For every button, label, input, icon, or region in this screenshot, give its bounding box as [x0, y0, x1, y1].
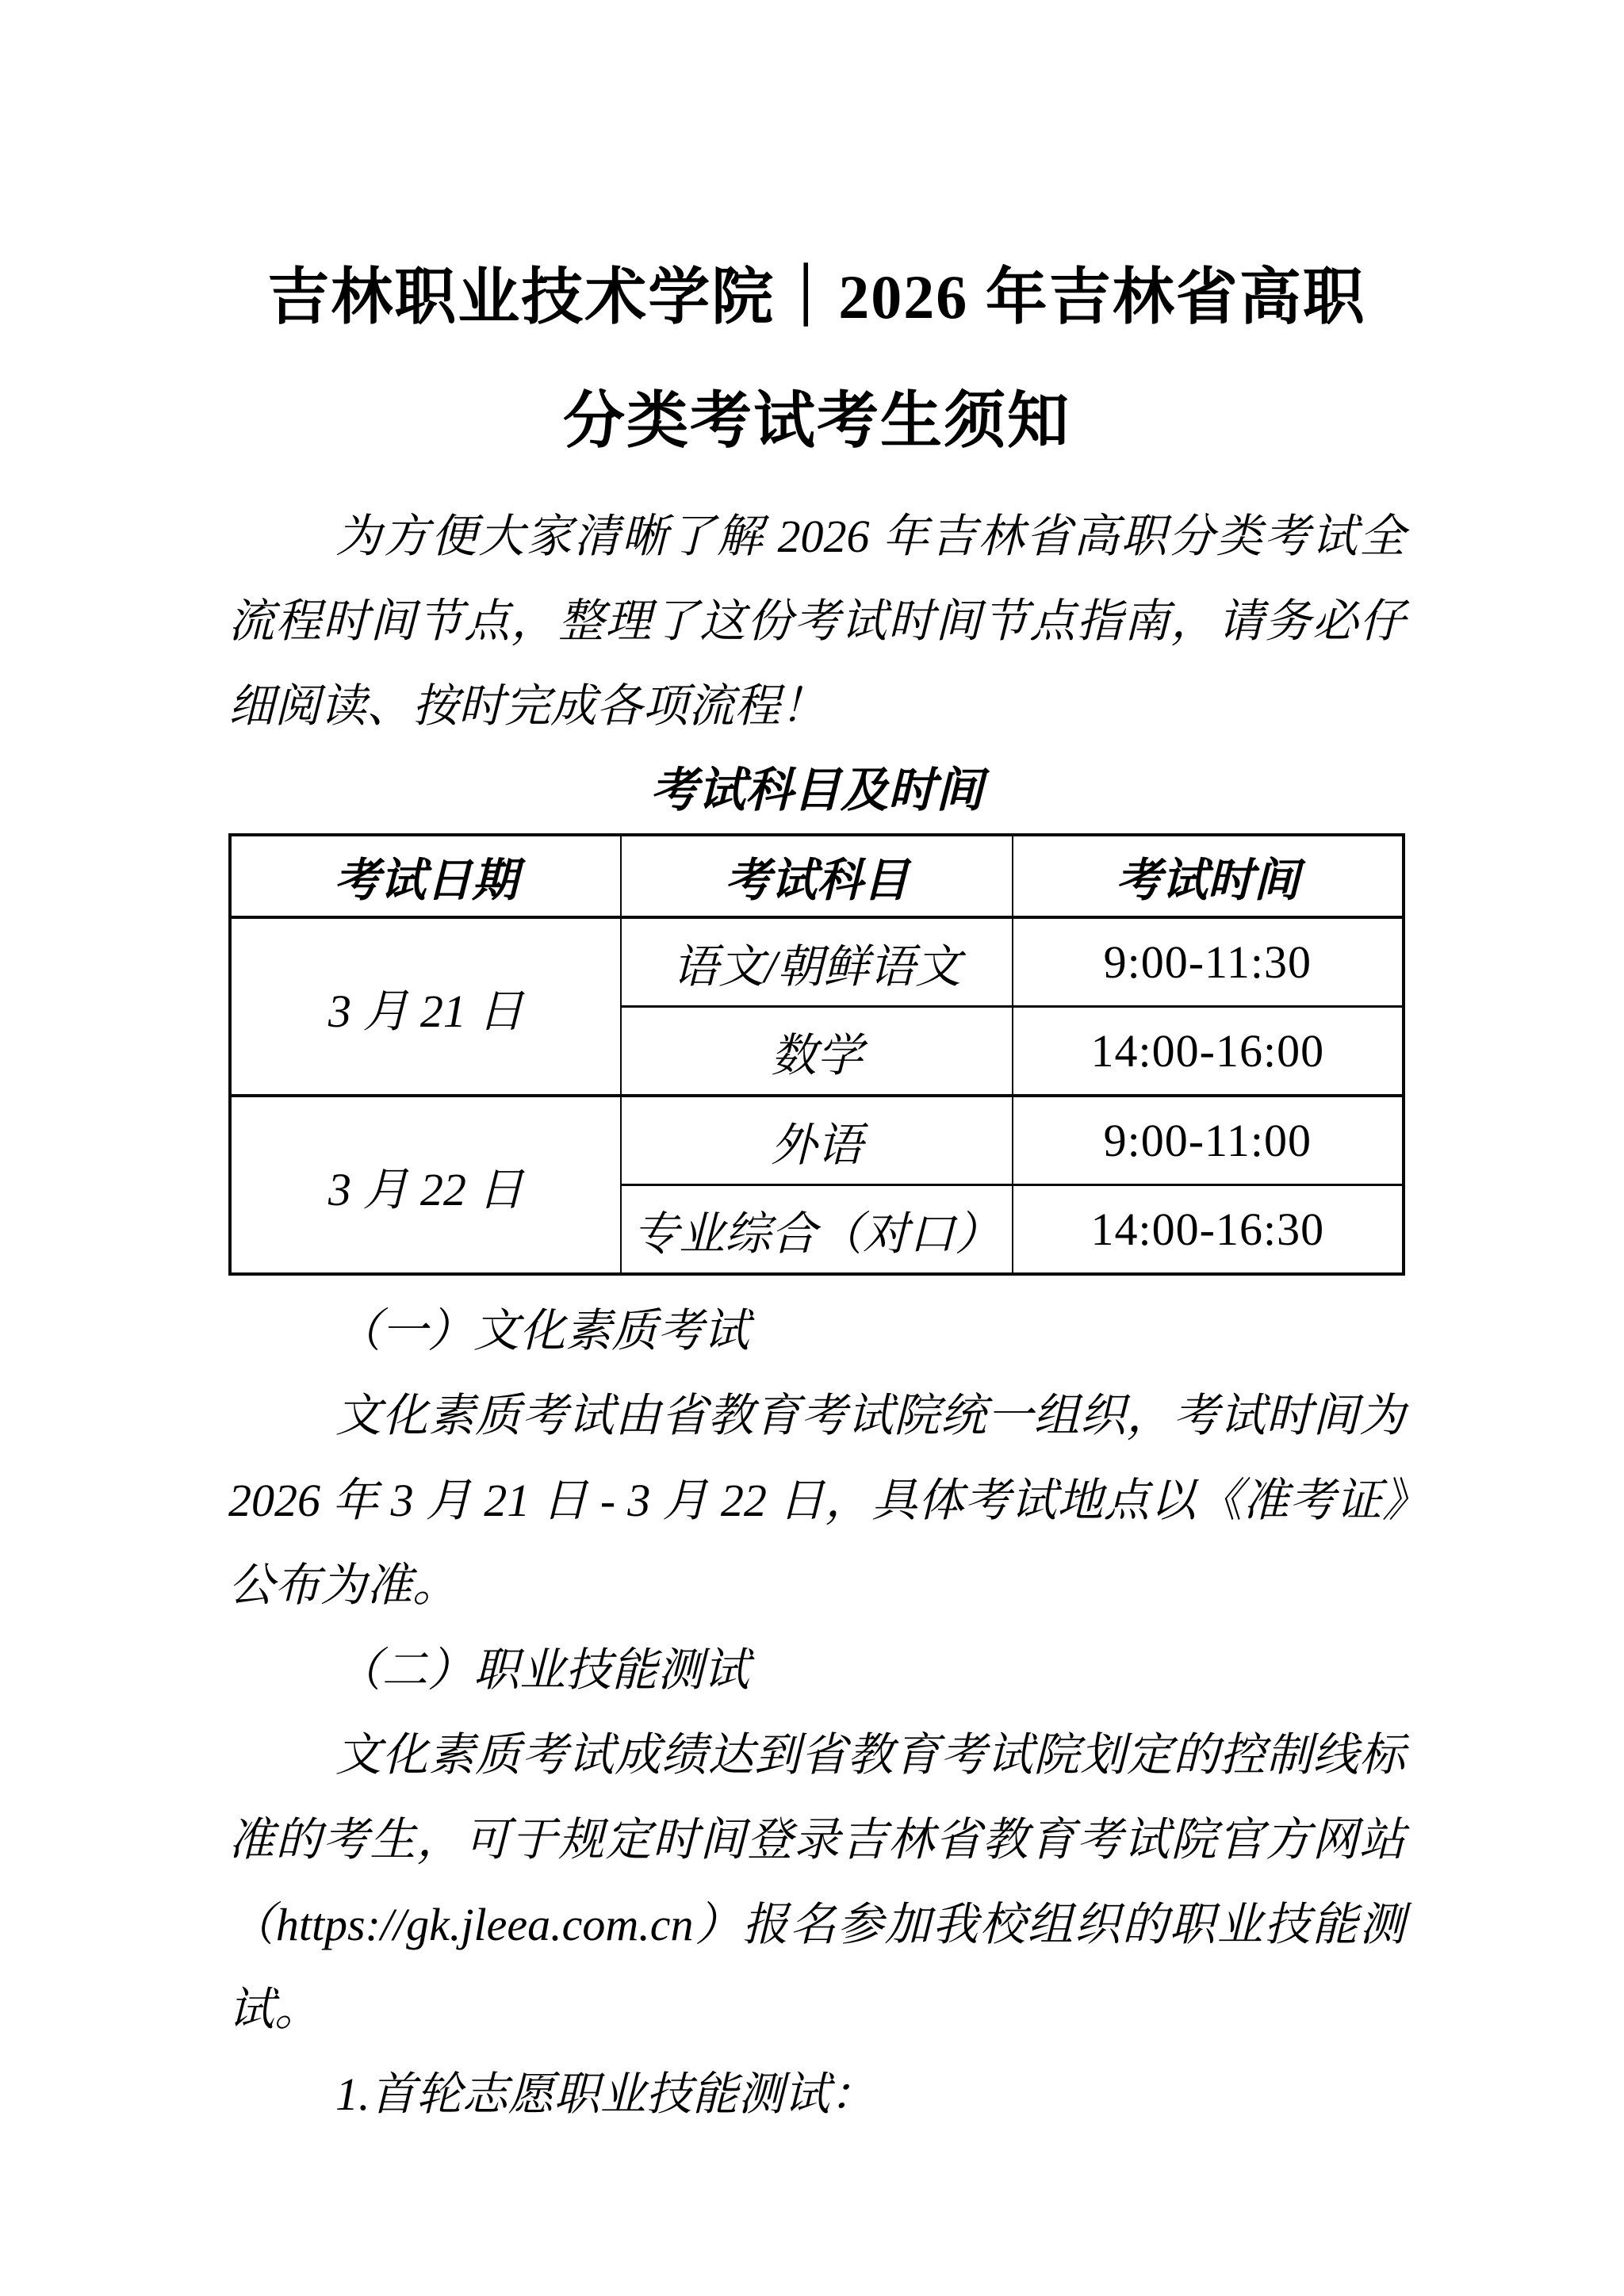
list-item-first-round-skill-test: 1.首轮志愿职业技能测试： [228, 2052, 1405, 2137]
subject-cell-chinese: 语文/朝鲜语文 [621, 917, 1012, 1007]
page-title-line-1: 吉林职业技术学院｜2026 年吉林省高职 [228, 235, 1405, 359]
page-title-line-2: 分类考试考生须知 [228, 359, 1405, 483]
section-1-body: 文化素质考试由省教育考试院统一组织，考试时间为 2026 年 3 月 21 日 … [228, 1373, 1405, 1628]
table-caption: 考试科目及时间 [228, 748, 1405, 833]
section-2-body: 文化素质考试成绩达到省教育考试院划定的控制线标准的考生，可于规定时间登录吉林省教… [228, 1712, 1405, 2052]
table-row-mar21-chinese: 3 月 21 日 语文/朝鲜语文 9:00-11:30 [230, 917, 1404, 1007]
exam-table-header-row: 考试日期 考试科目 考试时间 [230, 835, 1404, 917]
time-cell-major-comprehensive: 14:00-16:30 [1013, 1185, 1404, 1275]
subject-cell-major-comprehensive: 专业综合（对口） [621, 1185, 1012, 1275]
time-cell-foreign-language: 9:00-11:00 [1013, 1096, 1404, 1185]
document-page: 吉林职业技术学院｜2026 年吉林省高职 分类考试考生须知 为方便大家清晰了解 … [0, 0, 1624, 2296]
exam-schedule-table: 考试日期 考试科目 考试时间 3 月 21 日 语文/朝鲜语文 9:00-11:… [228, 833, 1405, 1276]
date-cell-mar-21: 3 月 21 日 [230, 917, 621, 1096]
section-1-heading: （一）文化素质考试 [228, 1288, 1405, 1373]
subject-cell-math: 数学 [621, 1007, 1012, 1096]
header-exam-time: 考试时间 [1013, 835, 1404, 917]
subject-cell-foreign-language: 外语 [621, 1096, 1012, 1185]
time-cell-math: 14:00-16:00 [1013, 1007, 1404, 1096]
section-2-heading: （二）职业技能测试 [228, 1628, 1405, 1712]
header-exam-subject: 考试科目 [621, 835, 1012, 917]
date-cell-mar-22: 3 月 22 日 [230, 1096, 621, 1274]
table-row-mar22-foreign-language: 3 月 22 日 外语 9:00-11:00 [230, 1096, 1404, 1185]
time-cell-chinese: 9:00-11:30 [1013, 917, 1404, 1007]
page-title: 吉林职业技术学院｜2026 年吉林省高职 分类考试考生须知 [228, 235, 1405, 483]
intro-paragraph: 为方便大家清晰了解 2026 年吉林省高职分类考试全流程时间节点，整理了这份考试… [228, 494, 1405, 748]
header-exam-date: 考试日期 [230, 835, 621, 917]
